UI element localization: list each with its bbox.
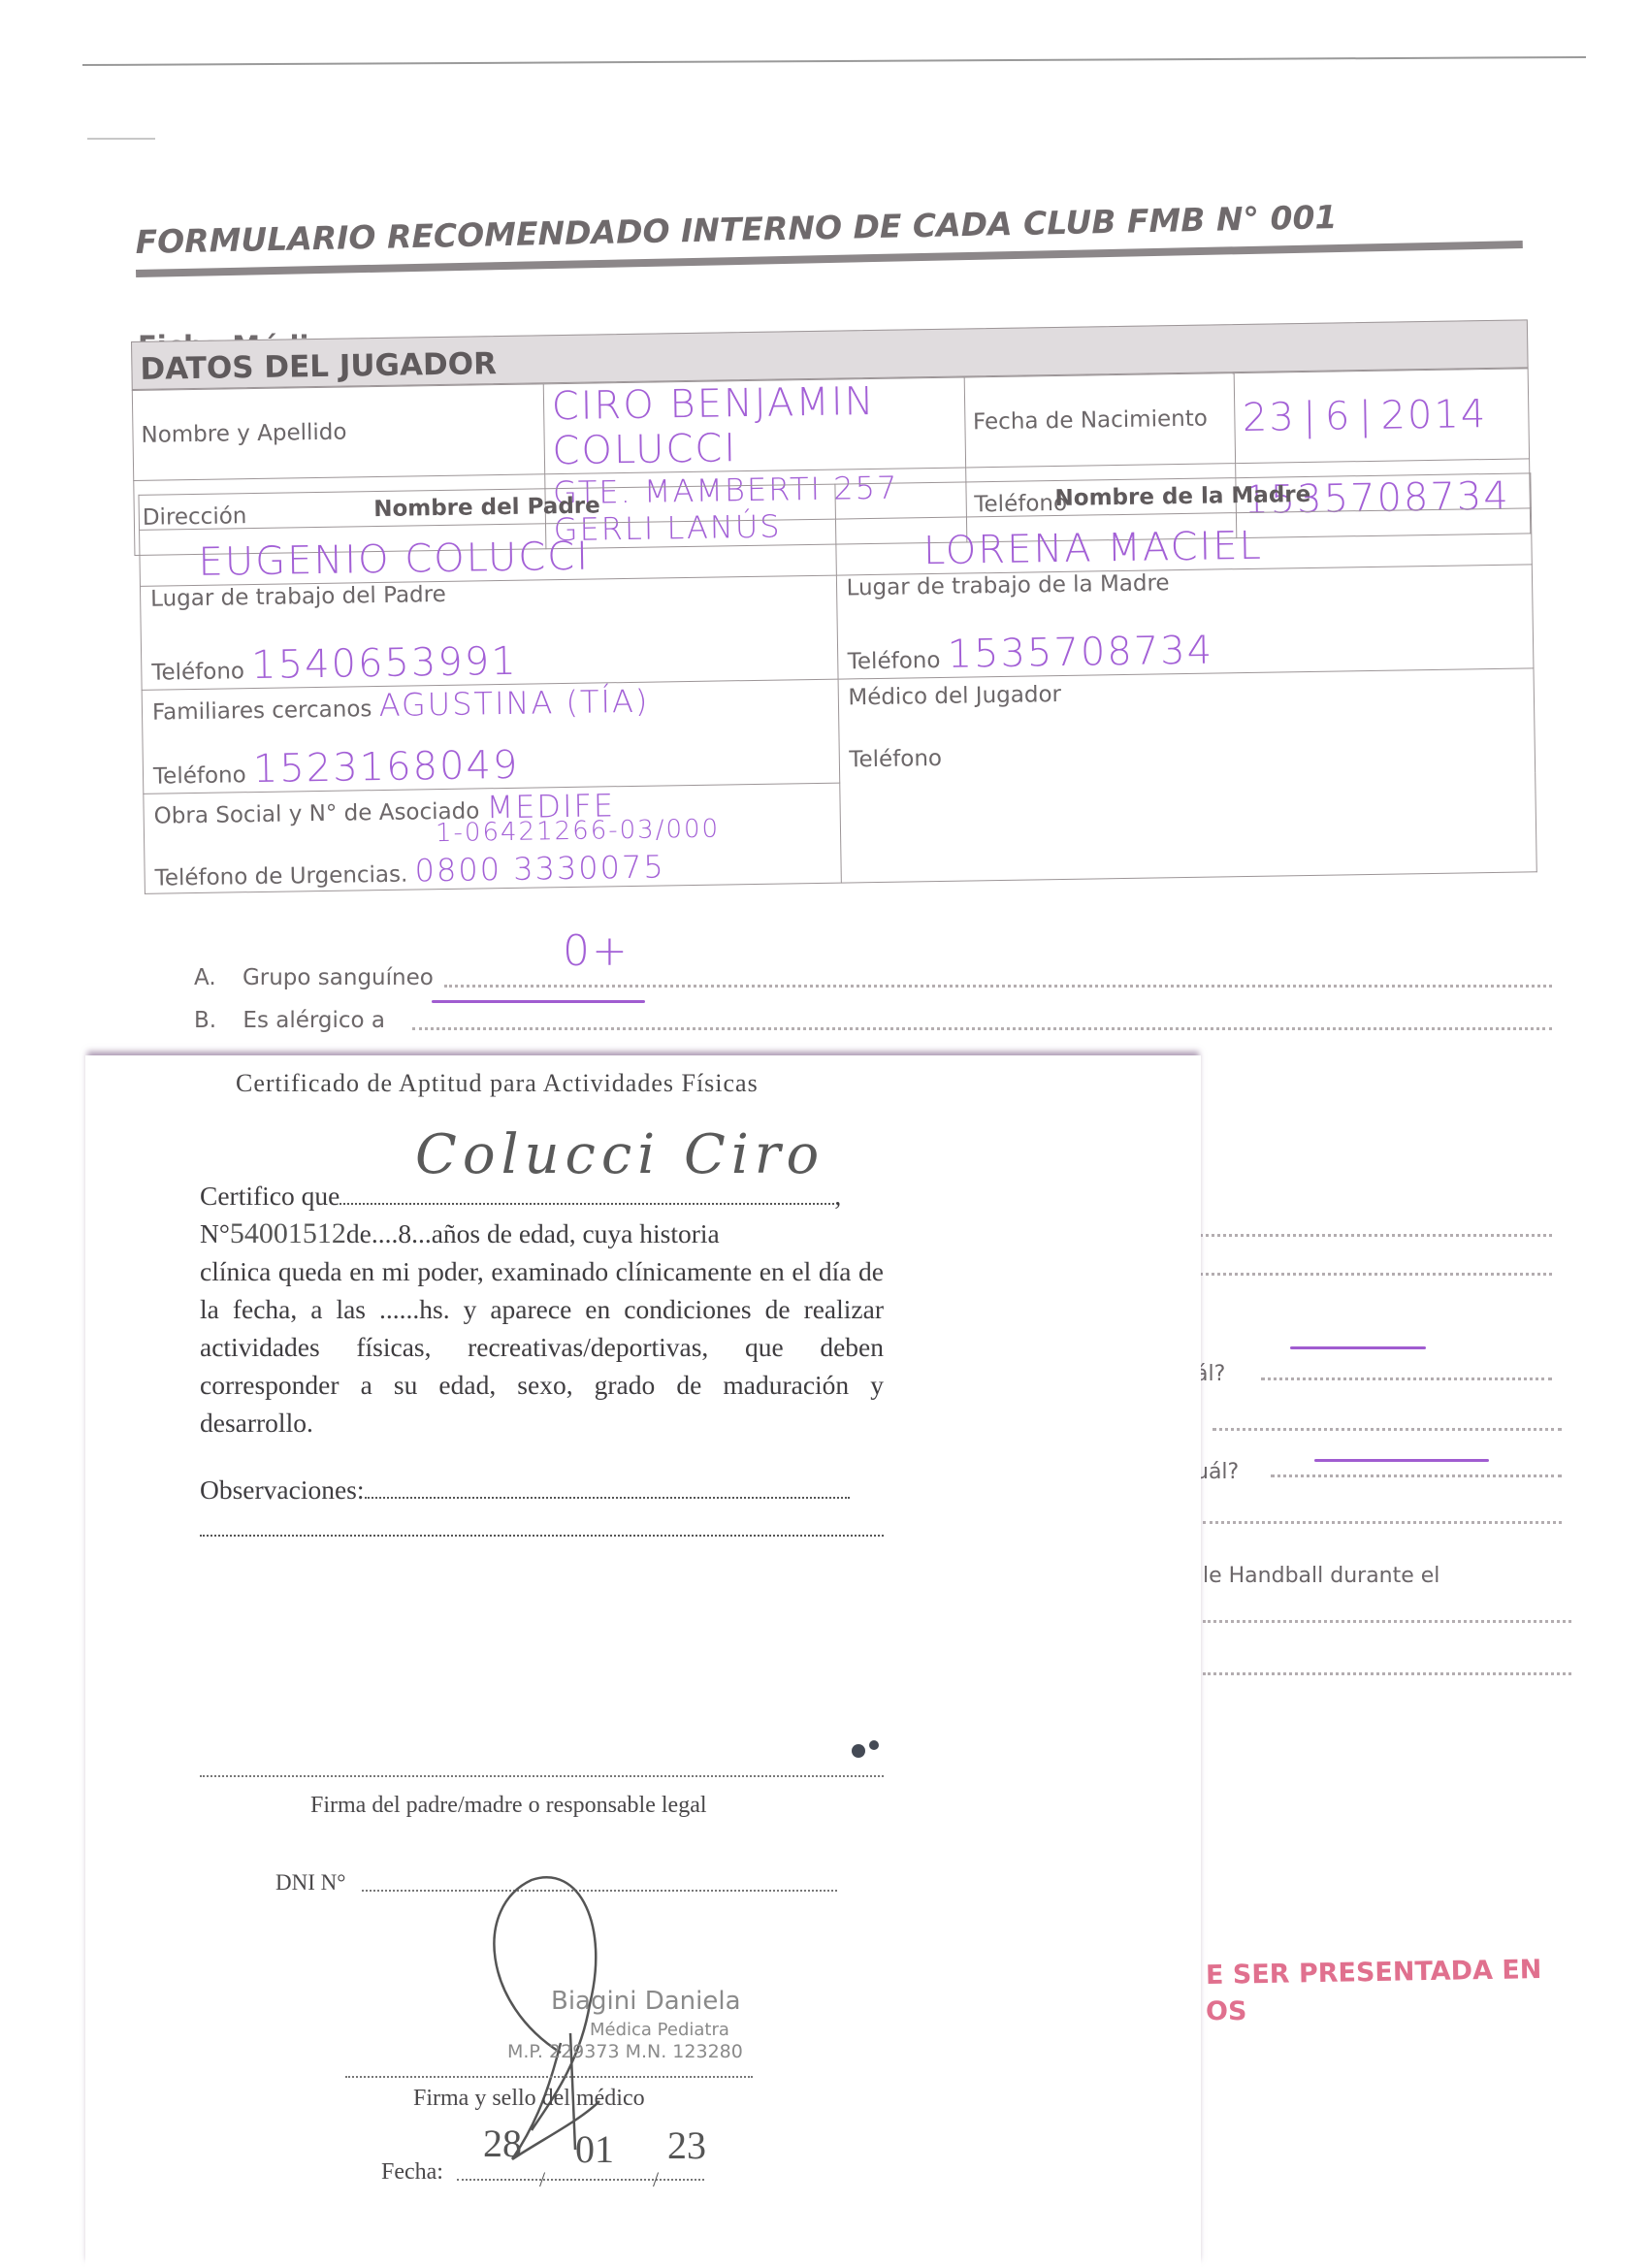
relatives-cell: Familiares cercanos AGUSTINA (TÍA) Teléf… <box>142 679 839 794</box>
mother-work-phone-cell: Lugar de trabajo de la Madre Teléfono 15… <box>836 565 1534 679</box>
question-b-dash <box>432 1000 645 1003</box>
observations-field[interactable] <box>365 1497 850 1499</box>
dob-field[interactable]: 23 | 6 | 2014 <box>1234 369 1530 464</box>
stamp-name: Biagini Daniela <box>551 1987 741 2016</box>
question-b: B. Es alérgico a <box>194 1008 1552 1051</box>
certificate-body: Certifico que, N°54001512de....8...años … <box>200 1177 884 1546</box>
body-line1: años de edad, cuya historia <box>432 1218 720 1248</box>
underlying-dots-8 <box>1203 1672 1571 1675</box>
insurance-number[interactable]: 1-06421266-03/000 <box>436 815 721 849</box>
body-text: clínica queda en mi poder, examinado clí… <box>200 1252 884 1442</box>
date-month: 01 <box>575 2126 614 2172</box>
question-a-dots <box>444 985 1552 988</box>
question-b-letter: B. <box>194 1008 216 1033</box>
emergency-value[interactable]: 0800 3330075 <box>414 848 665 889</box>
underlying-pen-dash-1 <box>1290 1346 1426 1349</box>
date-year: 23 <box>667 2122 706 2168</box>
question-a-letter: A. <box>194 965 216 990</box>
scan-mark <box>87 138 155 140</box>
underlying-question-3: le Handball durante el <box>1203 1564 1439 1588</box>
underlying-pen-dash-2 <box>1314 1459 1489 1462</box>
relatives-value[interactable]: AGUSTINA (TÍA) <box>378 683 649 724</box>
underlying-dots-1 <box>1193 1234 1552 1237</box>
father-phone-value[interactable]: 1540653991 <box>251 639 518 688</box>
date-field[interactable] <box>457 2179 704 2181</box>
underlying-dots-5 <box>1271 1474 1562 1477</box>
underlying-dots-6 <box>1203 1521 1562 1524</box>
name-label: Nombre y Apellido <box>132 384 544 481</box>
doctor-signature-line[interactable] <box>345 2076 753 2078</box>
dob-year: 2014 <box>1380 392 1488 438</box>
underlying-dots-2 <box>1193 1273 1552 1276</box>
dni-label: DNI N° <box>275 1870 345 1895</box>
questions-area: A. Grupo sanguíneo 0+ B. Es alérgico a <box>194 936 1552 1021</box>
question-b-dots <box>412 1027 1552 1030</box>
ink-smudge <box>842 1734 900 1773</box>
underlying-dots-7 <box>1203 1620 1571 1623</box>
parent-signature-label: Firma del padre/madre o responsable lega… <box>310 1793 707 1819</box>
doctor-phone-label: Teléfono <box>849 736 1525 772</box>
name-value: CIRO BENJAMIN COLUCCI <box>551 379 875 473</box>
doctor-cell: Médico del Jugador Teléfono <box>838 668 1537 883</box>
mother-name-value: LORENA MACIEL <box>923 524 1264 573</box>
certificate-title: Certificado de Aptitud para Actividades … <box>236 1069 759 1098</box>
date-label: Fecha: <box>381 2159 443 2186</box>
relatives-phone-label: Teléfono <box>153 762 246 789</box>
mother-phone-value[interactable]: 1535708734 <box>947 629 1213 677</box>
de-label: de <box>346 1218 372 1248</box>
date-day: 28 <box>483 2121 522 2166</box>
emergency-label: Teléfono de Urgencias. <box>154 862 407 891</box>
mother-phone-label: Teléfono <box>848 648 941 674</box>
number-value[interactable]: 54001512 <box>230 1217 346 1249</box>
dob-day: 23 <box>1243 395 1297 440</box>
certifico-label: Certifico que <box>200 1181 339 1211</box>
doctor-signature-label: Firma y sello del médico <box>413 2086 645 2112</box>
doctor-label: Médico del Jugador <box>848 674 1524 710</box>
age-value[interactable]: 8 <box>398 1218 411 1248</box>
underlying-question-2: uál? <box>1195 1460 1239 1484</box>
parent-signature-line[interactable] <box>200 1775 884 1777</box>
relatives-phone-value[interactable]: 1523168049 <box>253 743 520 792</box>
fitness-certificate: Certificado de Aptitud para Actividades … <box>85 1055 1201 2268</box>
relatives-label: Familiares cercanos <box>152 697 372 726</box>
father-phone-label: Teléfono <box>151 659 244 685</box>
question-a: A. Grupo sanguíneo 0+ <box>194 965 1552 1008</box>
underlying-dots-3 <box>1261 1377 1552 1380</box>
father-name-value: EUGENIO COLUCCI <box>198 535 590 585</box>
father-work-phone-cell: Lugar de trabajo del Padre Teléfono 1540… <box>140 575 837 690</box>
parents-table: Nombre del Padre Nombre de la Madre EUGE… <box>138 472 1536 894</box>
observations-label: Observaciones: <box>200 1474 365 1505</box>
number-prefix: N° <box>200 1218 230 1248</box>
insurance-label: Obra Social y N° de Asociado <box>153 798 479 828</box>
stamp-registration: M.P. 229373 M.N. 123280 <box>507 2041 743 2062</box>
underlying-warning-line-1: E SER PRESENTADA EN <box>1206 1955 1542 1991</box>
underlying-dots-4 <box>1212 1428 1562 1431</box>
dob-label: Fecha de Nacimiento <box>964 373 1235 468</box>
page-edge-line <box>82 56 1586 66</box>
underlying-warning-line-2: OS <box>1206 1996 1246 2026</box>
insurance-cell: Obra Social y N° de Asociado MEDIFE 1-06… <box>144 783 841 893</box>
question-a-label: Grupo sanguíneo <box>242 965 434 990</box>
dob-month: 6 <box>1325 394 1352 438</box>
question-b-label: Es alérgico a <box>242 1008 385 1033</box>
observations-field-2[interactable] <box>200 1535 884 1537</box>
name-field[interactable]: CIRO BENJAMIN COLUCCI <box>543 377 965 474</box>
question-a-value[interactable]: 0+ <box>563 926 630 976</box>
stamp-title: Médica Pediatra <box>590 2020 729 2040</box>
